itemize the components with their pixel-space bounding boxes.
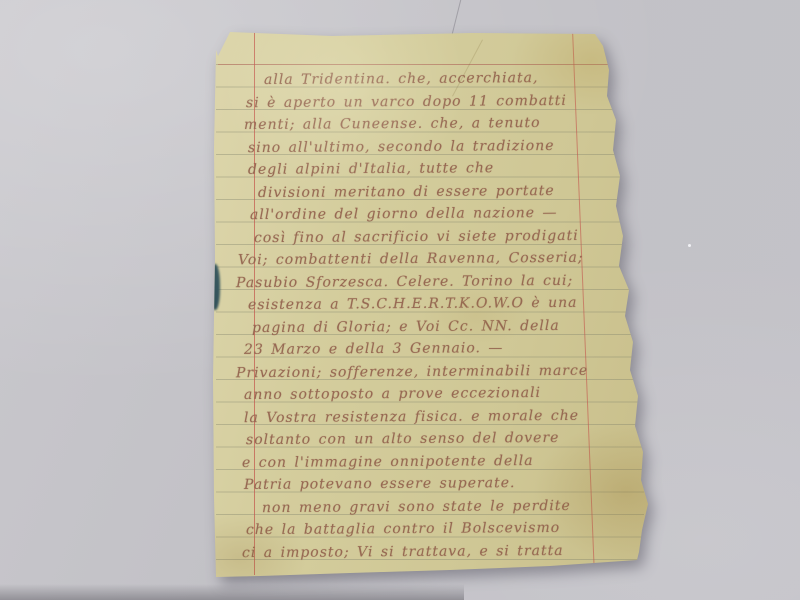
- handwriting-line: alla Tridentina. che, accerchiata,: [264, 68, 539, 90]
- handwritten-page: alla Tridentina. che, accerchiata,si è a…: [212, 28, 652, 580]
- handwriting-line: soltanto con un alto senso del dovere: [246, 428, 560, 450]
- handwriting-line: degli alpini d'Italia, tutte che: [248, 158, 494, 180]
- handwriting-line: menti; alla Cuneense. che, a tenuto: [244, 113, 541, 135]
- handwriting-line: all'ordine del giorno della nazione —: [250, 203, 558, 225]
- handwriting-line: si è aperto un varco dopo 11 combatti: [246, 91, 567, 113]
- handwriting-line: la Vostra resistenza fisica. e morale ch…: [244, 406, 579, 428]
- handwriting-line: Voi; combattenti della Ravenna, Cosseria…: [238, 248, 584, 270]
- table-edge-shadow: [0, 584, 464, 600]
- handwriting-line: pagina di Gloria; e Voi Cc. NN. della: [252, 316, 560, 338]
- handwriting-line: ci a imposto; Vi si trattava, e si tratt…: [242, 541, 564, 563]
- handwriting-line: e con l'immagine onnipotente della: [242, 451, 534, 473]
- handwriting-line: sino all'ultimo, secondo la tradizione: [248, 136, 555, 158]
- handwriting-line: anno sottoposto a prove eccezionali: [244, 383, 541, 405]
- handwriting-line: esistenza a T.S.C.H.E.R.T.K.O.W.O è una: [248, 293, 578, 315]
- handwriting-line: così fino al sacrificio vi siete prodiga…: [254, 226, 579, 248]
- handwriting-line: che la battaglia contro il Bolscevismo: [246, 518, 560, 540]
- handwriting: alla Tridentina. che, accerchiata,si è a…: [238, 28, 638, 580]
- handwriting-line: 23 Marzo e della 3 Gennaio. —: [244, 338, 504, 360]
- background-speck: [688, 244, 691, 247]
- ink-smudge: [210, 264, 220, 310]
- handwriting-line: divisioni meritano di essere portate: [258, 181, 555, 203]
- paper-shadow: alla Tridentina. che, accerchiata,si è a…: [212, 28, 652, 580]
- handwriting-line: Privazioni; sofferenze, interminabili ma…: [236, 361, 588, 383]
- handwriting-line: Pasubio Sforzesca. Celere. Torino la cui…: [236, 271, 573, 293]
- handwriting-line: non meno gravi sono state le perdite: [262, 496, 571, 518]
- photo-background: alla Tridentina. che, accerchiata,si è a…: [0, 0, 800, 600]
- handwriting-line: Patria potevano essere superate.: [244, 473, 516, 495]
